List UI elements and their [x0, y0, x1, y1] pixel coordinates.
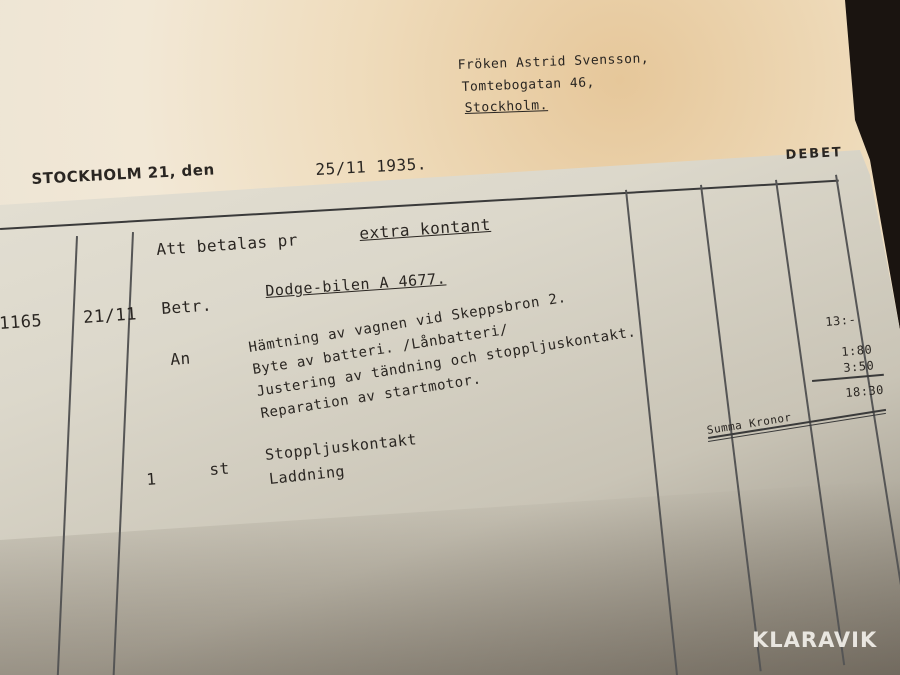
recipient-city: Stockholm.: [464, 98, 548, 116]
amount: 13:-: [825, 312, 857, 329]
parts-qty: 1: [146, 469, 157, 489]
amount: 3:50: [843, 358, 875, 375]
subject-prefix: Betr.: [161, 296, 213, 318]
debet-label: DEBET: [785, 145, 843, 163]
ref-date: 21/11: [83, 304, 138, 328]
parts-unit: st: [209, 459, 231, 479]
ref-number: 1165: [0, 311, 43, 334]
section-label: An: [170, 349, 192, 369]
watermark-logo: KLARAVIK: [752, 628, 877, 652]
amount: 1:80: [841, 342, 873, 359]
